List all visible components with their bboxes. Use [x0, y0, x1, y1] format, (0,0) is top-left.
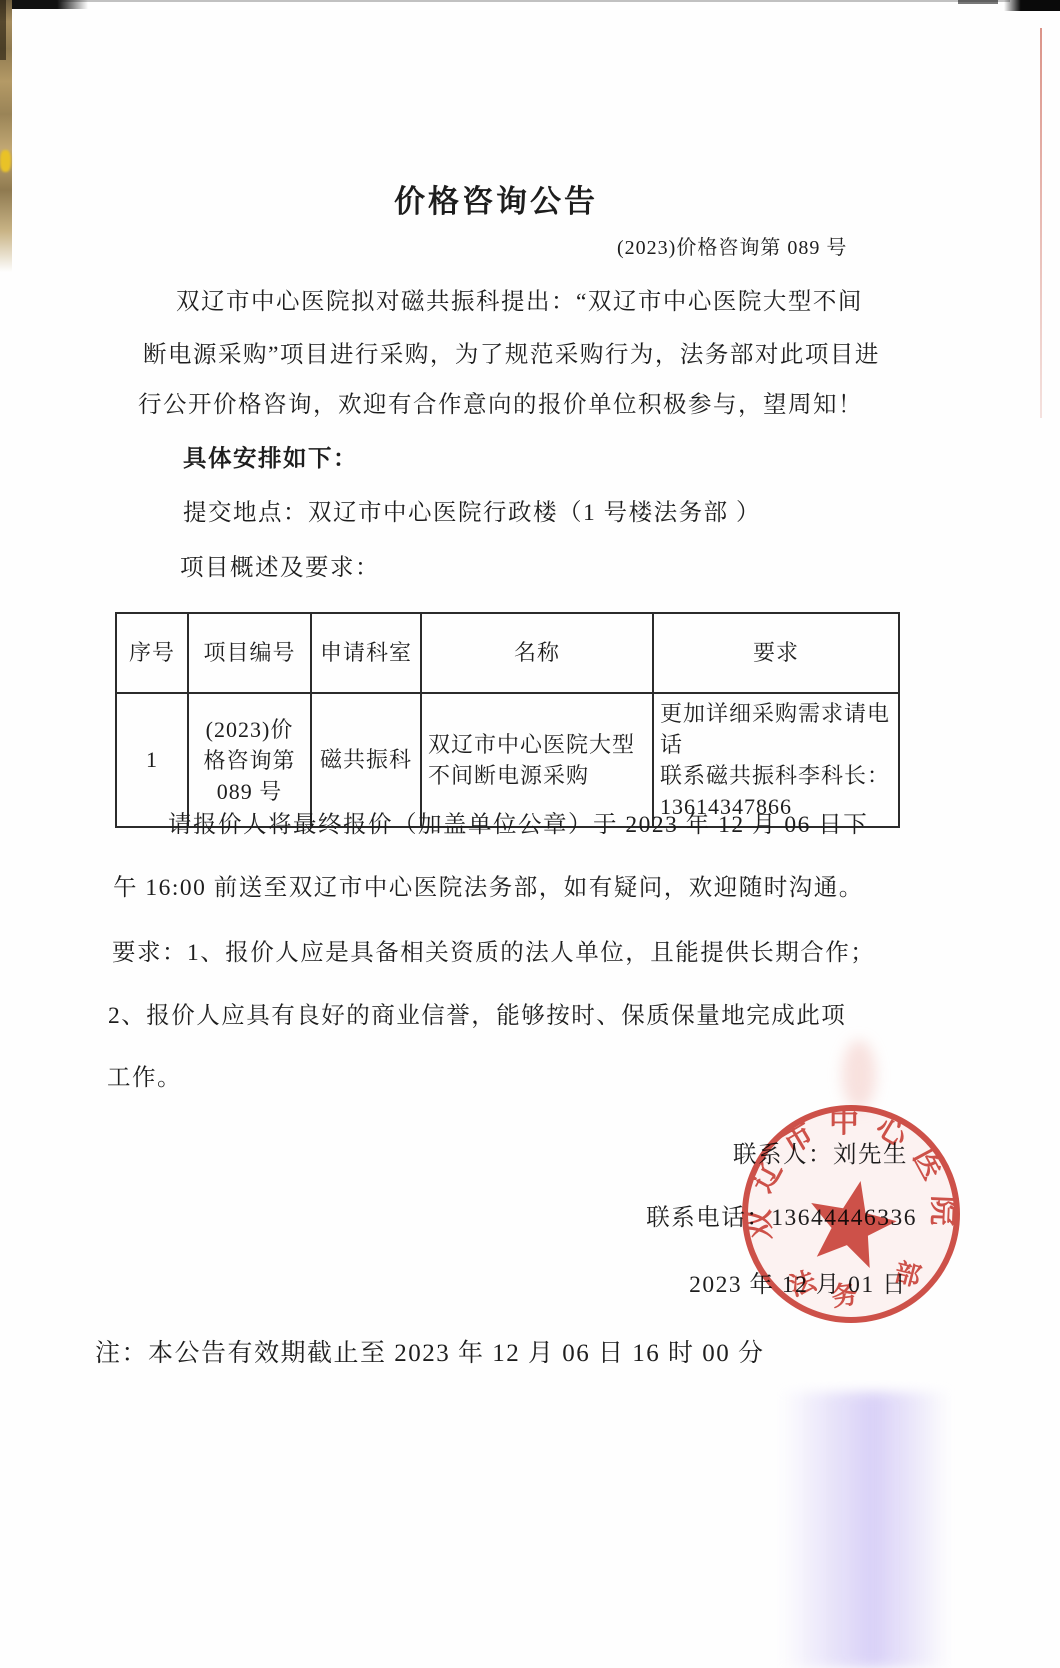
col-header-requirement: 要求 [653, 613, 899, 693]
validity-note-line: 注：本公告有效期截止至 2023 年 12 月 06 日 16 时 00 分 [95, 1340, 765, 1369]
project-no-line-2: 格咨询第 [195, 745, 304, 776]
arrangement-heading: 具体安排如下： [183, 446, 358, 473]
col-header-department: 申请科室 [311, 613, 421, 693]
document-number: (2023)价格咨询第 089 号 [617, 231, 847, 260]
submit-location-line: 提交地点：双辽市中心医院行政楼（1 号楼法务部 ） [183, 500, 761, 527]
scanned-document-page: 价格咨询公告 (2023)价格咨询第 089 号 双辽市中心医院拟对磁共振科提出… [0, 0, 1060, 1668]
requirement-line-2: 联系磁共振科李科长： [660, 760, 892, 791]
scan-topright-corner-mark [1004, 0, 1060, 11]
closing-line-5: 工作。 [107, 1065, 182, 1092]
project-table: 序号 项目编号 申请科室 名称 要求 1 (2023)价 格咨询第 089 号 … [115, 612, 900, 828]
requirement-line-1: 更加详细采购需求请电话 [660, 698, 892, 760]
scan-left-dark-mark [0, 0, 6, 60]
closing-line-4: 2、报价人应具有良好的商业信誉，能够按时、保质保量地完成此项 [108, 1003, 846, 1030]
scan-lavender-band [780, 1392, 950, 1668]
scan-right-red-hairline [1040, 28, 1042, 418]
document-title: 价格咨询公告 [0, 176, 1026, 221]
scan-top-edge-line [60, 0, 1010, 2]
cell-department: 磁共振科 [311, 693, 421, 827]
official-seal: 双辽市中心医院 法 务 部 220382192790 [735, 1094, 969, 1338]
project-no-line-3: 089 号 [195, 776, 304, 807]
col-header-project-no: 项目编号 [188, 613, 311, 693]
cell-project-no: (2023)价 格咨询第 089 号 [188, 693, 311, 827]
cell-seq: 1 [116, 693, 188, 827]
scan-top-dash-mark [958, 0, 998, 4]
name-line-1: 双辽市中心医院大型 [428, 729, 646, 760]
closing-line-3: 要求：1、报价人应是具备相关资质的法人单位，且能提供长期合作； [112, 940, 875, 967]
col-header-name: 名称 [421, 613, 653, 693]
scan-topleft-corner-mark [0, 0, 88, 9]
cell-requirement: 更加详细采购需求请电话 联系磁共振科李科长： 13614347866 [653, 693, 899, 827]
name-line-2: 不间断电源采购 [428, 760, 646, 791]
project-no-line-1: (2023)价 [195, 714, 304, 745]
intro-line-2: 断电源采购”项目进行采购，为了规范采购行为，法务部对此项目进 [143, 342, 880, 369]
intro-line-1: 双辽市中心医院拟对磁共振科提出：“双辽市中心医院大型不间 [176, 289, 863, 316]
cell-name: 双辽市中心医院大型 不间断电源采购 [421, 693, 653, 827]
closing-line-1: 请报价人将最终报价（加盖单位公章）于 2023 年 12 月 06 日下 [168, 812, 868, 839]
seal-dept-char-2: 务 [830, 1279, 860, 1312]
overview-heading: 项目概述及要求： [180, 555, 380, 582]
intro-line-3: 行公开价格咨询，欢迎有合作意向的报价单位积极参与，望周知！ [138, 392, 863, 419]
table-header-row: 序号 项目编号 申请科室 名称 要求 [116, 613, 899, 693]
col-header-seq: 序号 [116, 613, 188, 693]
table-row: 1 (2023)价 格咨询第 089 号 磁共振科 双辽市中心医院大型 不间断电… [116, 693, 899, 827]
closing-line-2: 午 16:00 前送至双辽市中心医院法务部，如有疑问，欢迎随时沟通。 [113, 875, 864, 902]
